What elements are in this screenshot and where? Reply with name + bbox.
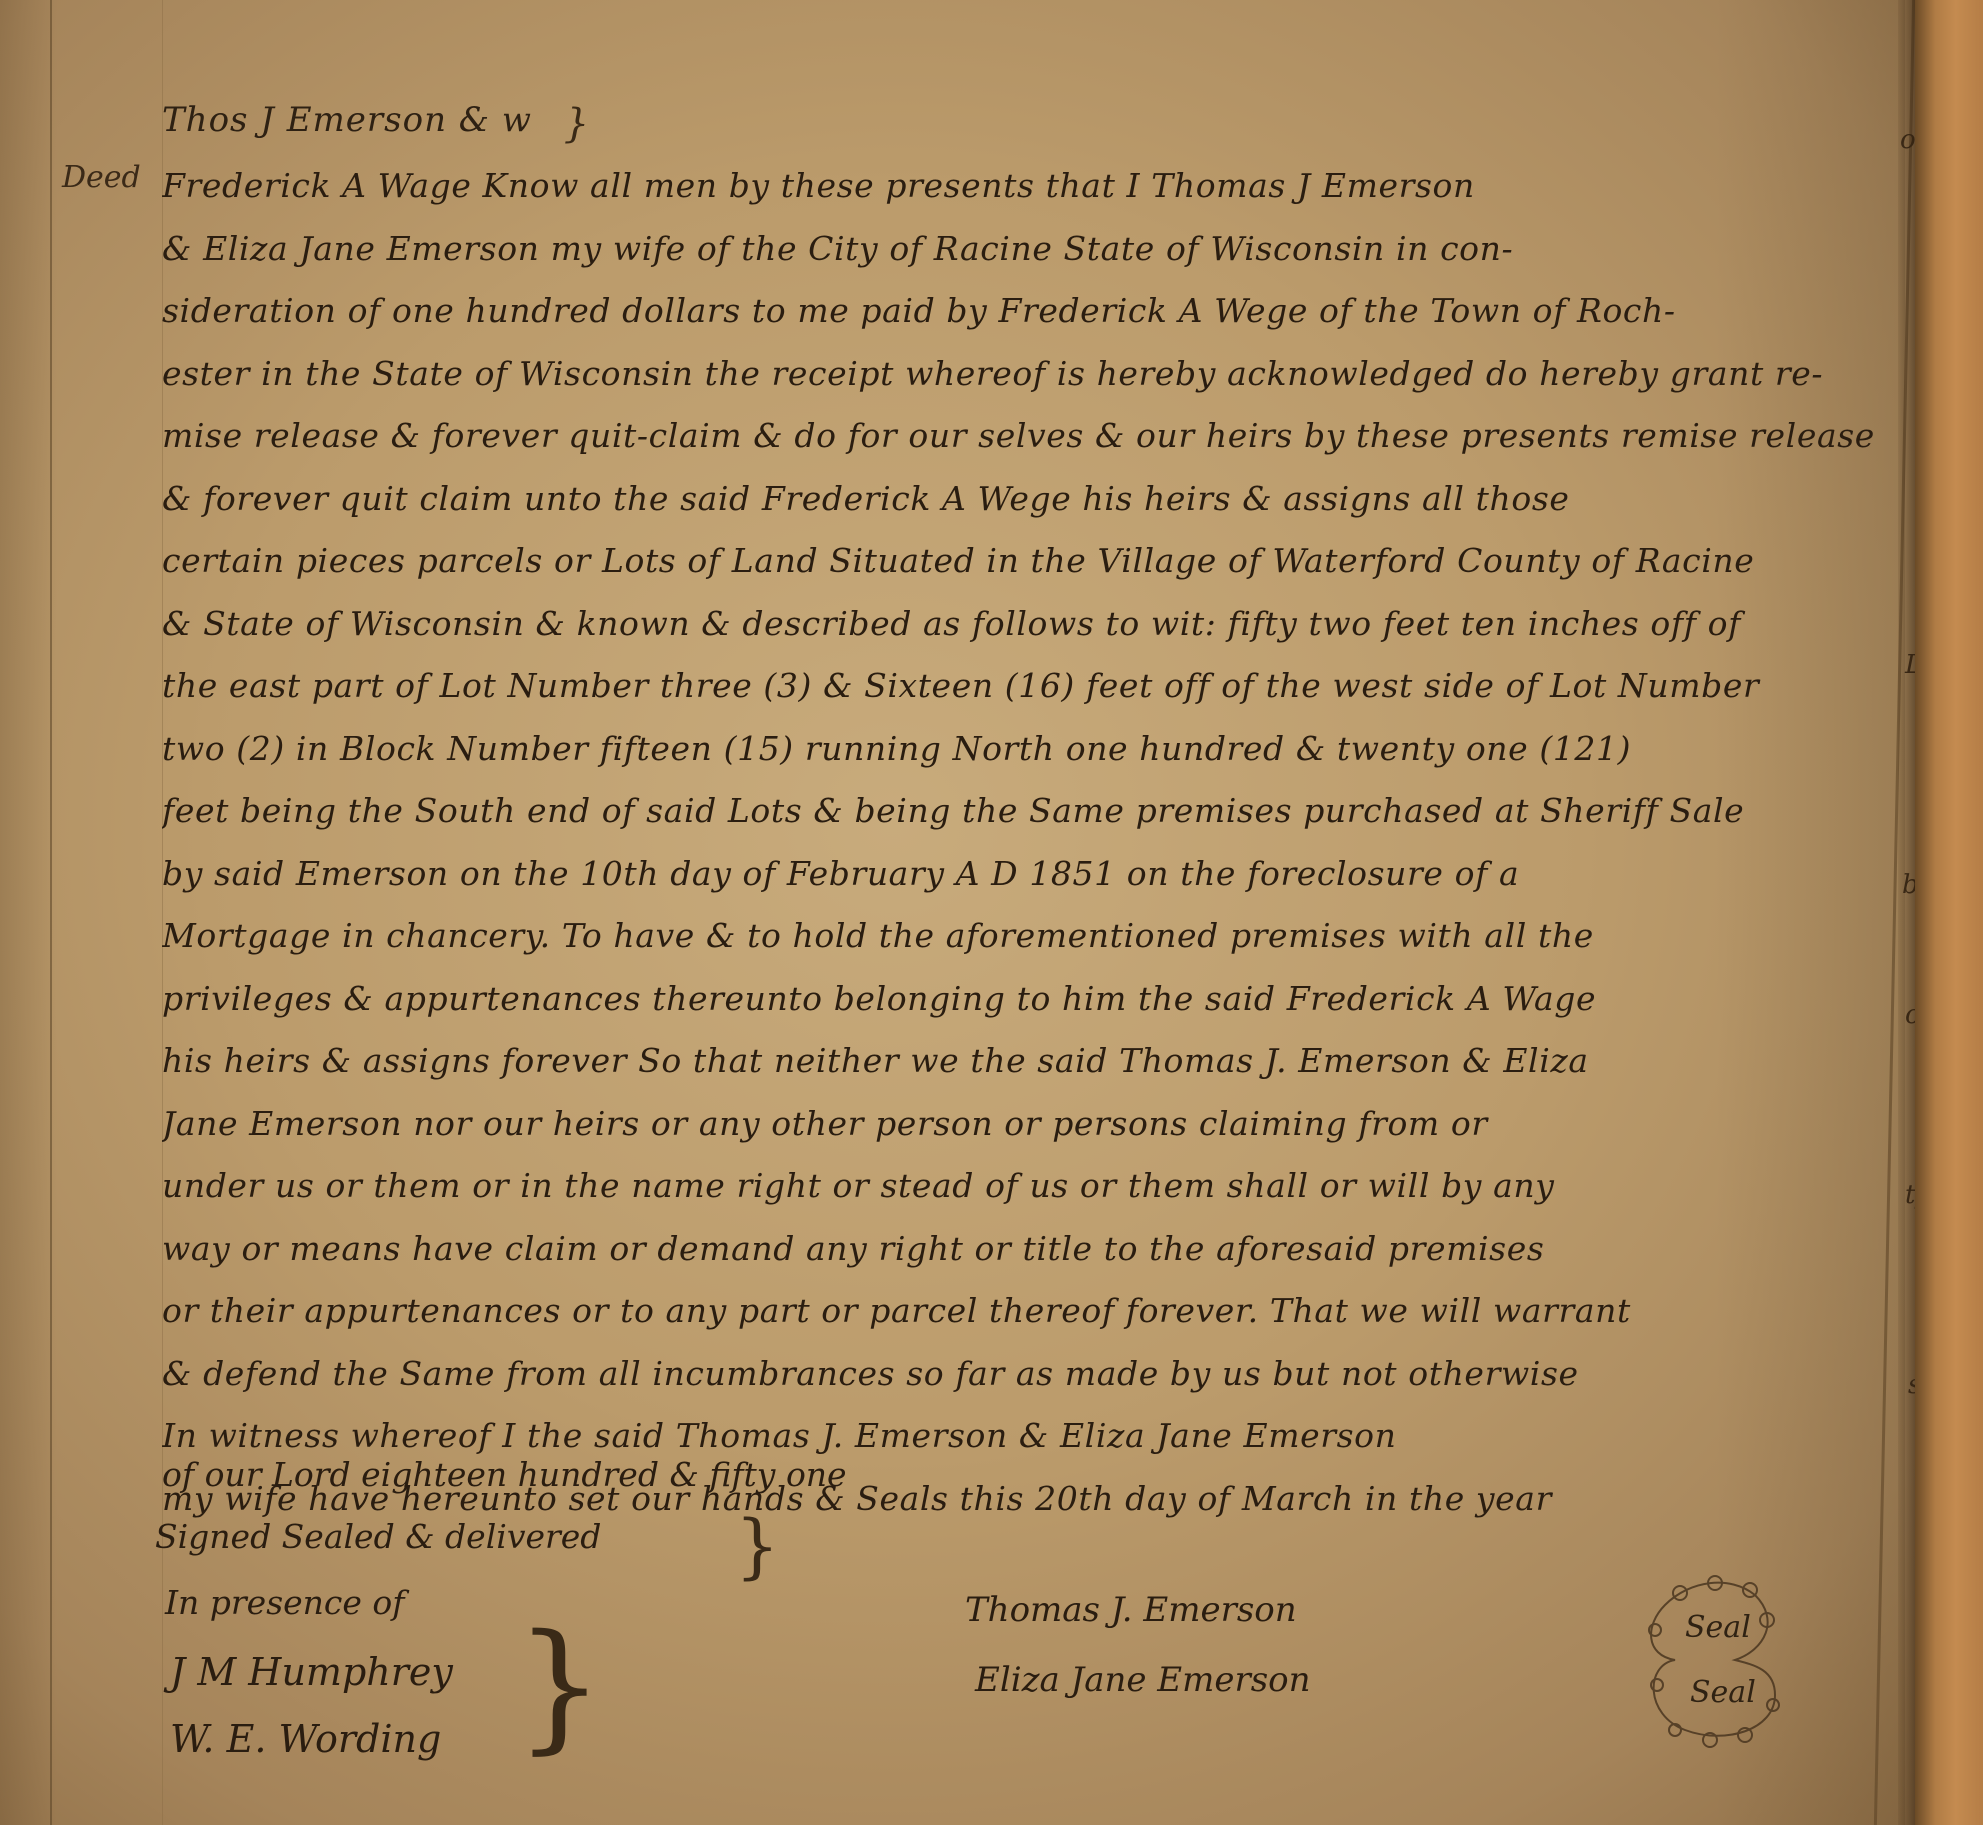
deed-line: & State of Wisconsin & known & described… — [162, 593, 1882, 656]
deed-line: by said Emerson on the 10th day of Febru… — [162, 843, 1882, 906]
deed-line: certain pieces parcels or Lots of Land S… — [162, 530, 1882, 593]
brace-icon: } — [735, 1505, 780, 1587]
deed-line: & defend the Same from all incumbrances … — [162, 1343, 1882, 1406]
deed-line: mise release & forever quit-claim & do f… — [162, 405, 1882, 468]
deed-line: two (2) in Block Number fifteen (15) run… — [162, 718, 1882, 781]
grantor-signature: Eliza Jane Emerson — [975, 1660, 1311, 1700]
seal-label: Seal — [1690, 1675, 1756, 1710]
deed-line-final: of our Lord eighteen hundred & fifty one — [162, 1455, 847, 1494]
seal-scroll-icon — [1635, 1565, 1795, 1755]
deed-line: or their appurtenances or to any part or… — [162, 1280, 1882, 1343]
deed-body: Frederick A Wage Know all men by these p… — [162, 155, 1882, 1530]
seal-scroll: Seal Seal — [1635, 1565, 1795, 1755]
deed-line: Jane Emerson nor our heirs or any other … — [162, 1093, 1882, 1156]
brace-icon: } — [515, 1605, 604, 1768]
document-photo: Deed Thos J Emerson & w } Frederick A Wa… — [0, 0, 1983, 1825]
deed-line: feet being the South end of said Lots & … — [162, 780, 1882, 843]
deed-line: sideration of one hundred dollars to me … — [162, 280, 1882, 343]
witness-signature: W. E. Wording — [170, 1717, 441, 1761]
deed-caption: Thos J Emerson & w } — [162, 95, 570, 141]
deed-line: privileges & appurtenances thereunto bel… — [162, 968, 1882, 1031]
attestation-presence: In presence of — [165, 1583, 405, 1622]
margin-note: Deed — [62, 160, 141, 195]
deed-line: & Eliza Jane Emerson my wife of the City… — [162, 218, 1882, 281]
book-binding-edge — [1915, 0, 1983, 1825]
brace-icon: } — [564, 101, 590, 147]
grantor-signature: Thomas J. Emerson — [965, 1590, 1297, 1630]
deed-line: the east part of Lot Number three (3) & … — [162, 655, 1882, 718]
left-margin-rule — [50, 0, 52, 1825]
deed-line: under us or them or in the name right or… — [162, 1155, 1882, 1218]
witness-signature: J M Humphrey — [170, 1650, 453, 1694]
deed-line: Frederick A Wage Know all men by these p… — [162, 155, 1882, 218]
deed-line: way or means have claim or demand any ri… — [162, 1218, 1882, 1281]
deed-line: Mortgage in chancery. To have & to hold … — [162, 905, 1882, 968]
deed-line: ester in the State of Wisconsin the rece… — [162, 343, 1882, 406]
ledger-page: Deed Thos J Emerson & w } Frederick A Wa… — [0, 0, 1905, 1825]
attestation-signed: Signed Sealed & delivered — [155, 1517, 601, 1556]
caption-grantor: Thos J Emerson & w — [162, 100, 532, 140]
deed-line: his heirs & assigns forever So that neit… — [162, 1030, 1882, 1093]
deed-line: & forever quit claim unto the said Frede… — [162, 468, 1882, 531]
seal-label: Seal — [1685, 1610, 1751, 1645]
